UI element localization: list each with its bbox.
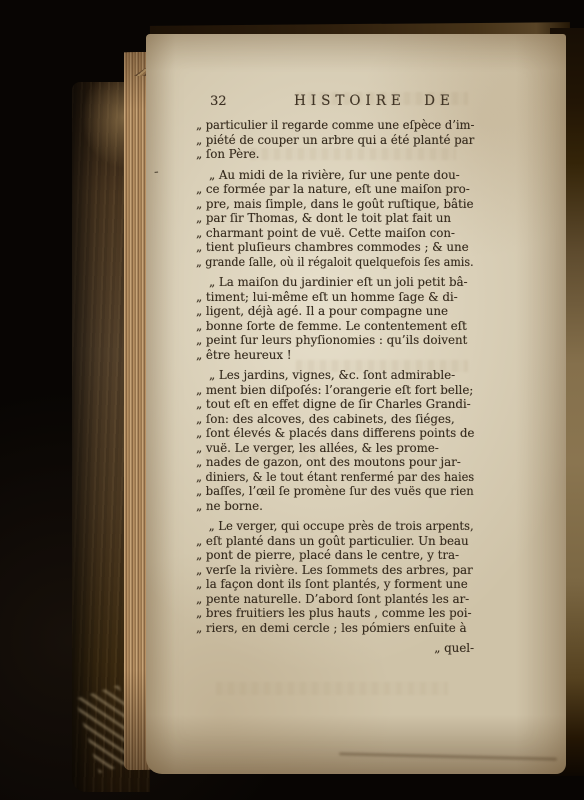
- text-line: „ diniers, & le tout étant renfermé par …: [196, 470, 463, 485]
- text-line: „ bonne ſorte de femme. Le contentement …: [196, 319, 474, 334]
- text-line: „ pre, mais ſimple, dans le goût ruſtiqu…: [196, 197, 474, 212]
- text-line: „ pont de pierre, placé dans le centre, …: [196, 548, 474, 563]
- text-line: „ ment bien diſpoſés: l’orangerie eſt fo…: [196, 383, 474, 398]
- page-bottom-fold: [339, 752, 557, 760]
- text-line: „ ne borne.: [196, 499, 474, 514]
- text-block: „ particulier il regarde comme une eſpèc…: [196, 118, 474, 635]
- text-line: „ ce formée par la nature, eſt une maiſo…: [196, 182, 474, 197]
- book-photo: 32 HISTOIRE DE - „ particulier il regard…: [0, 0, 584, 800]
- text-line: „ pente naturelle. D’abord ſont plantés …: [196, 592, 474, 607]
- text-line: „ peint ſur leurs phyſionomies : qu’ils …: [196, 333, 474, 348]
- text-line: „ être heureux !: [196, 348, 474, 363]
- text-line: „ charmant point de vuë. Cette maiſon co…: [196, 226, 474, 241]
- page-number: 32: [210, 94, 227, 109]
- text-line: „ Les jardins, vignes, &c. ſont admirabl…: [196, 368, 474, 383]
- margin-pencil-mark: -: [153, 164, 159, 180]
- text-line: „ nades de gazon, ont des moutons pour j…: [196, 455, 474, 470]
- text-line: „ Au midi de la rivière, ſur une pente d…: [196, 168, 474, 183]
- text-line: „ riers, en demi cercle ; les pómiers en…: [196, 621, 474, 636]
- text-line: „ ſon: des alcoves, des cabinets, des ſi…: [196, 412, 474, 427]
- text-line: „ La maiſon du jardinier eſt un joli pet…: [196, 275, 474, 290]
- text-line: „ particulier il regarde comme une eſpèc…: [196, 118, 467, 133]
- text-line: „ Le verger, qui occupe près de trois ar…: [196, 519, 467, 534]
- text-line: „ ſon Père.: [196, 147, 474, 162]
- text-line: „ ſont élevés & placés dans differens po…: [196, 426, 474, 441]
- catchword: „ quel-: [196, 641, 474, 655]
- text-line: „ tient pluſieurs chambres commodes ; & …: [196, 240, 474, 255]
- text-line: „ par ſir Thomas, & dont le toit plat fa…: [196, 211, 474, 226]
- text-line: „ tout eſt en effet digne de ſir Charles…: [196, 397, 474, 412]
- running-title: HISTOIRE DE: [294, 93, 455, 109]
- text-line: „ eſt planté dans un goût particulier. U…: [196, 534, 474, 549]
- text-line: „ vuë. Le verger, les allées, & les prom…: [196, 441, 474, 456]
- ink-bleedthrough: [216, 682, 448, 695]
- text-line: „ verſe la rivière. Les ſommets des arbr…: [196, 563, 474, 578]
- text-line: „ timent; lui-même eſt un homme ſage & d…: [196, 290, 474, 305]
- text-line: „ ligent, déjà agé. Il a pour compagne u…: [196, 304, 474, 319]
- text-line: „ la façon dont ils ſont plantés, y form…: [196, 577, 474, 592]
- text-line: „ grande ſalle, où il régaloit quelquefo…: [196, 255, 457, 270]
- text-line: „ baſſes, l’œil ſe promène ſur des vuës …: [196, 484, 469, 499]
- text-line: „ bres fruitiers les plus hauts , comme …: [196, 606, 474, 621]
- text-line: „ piété de couper un arbre qui a été pla…: [196, 133, 472, 148]
- book-page: 32 HISTOIRE DE - „ particulier il regard…: [146, 34, 566, 774]
